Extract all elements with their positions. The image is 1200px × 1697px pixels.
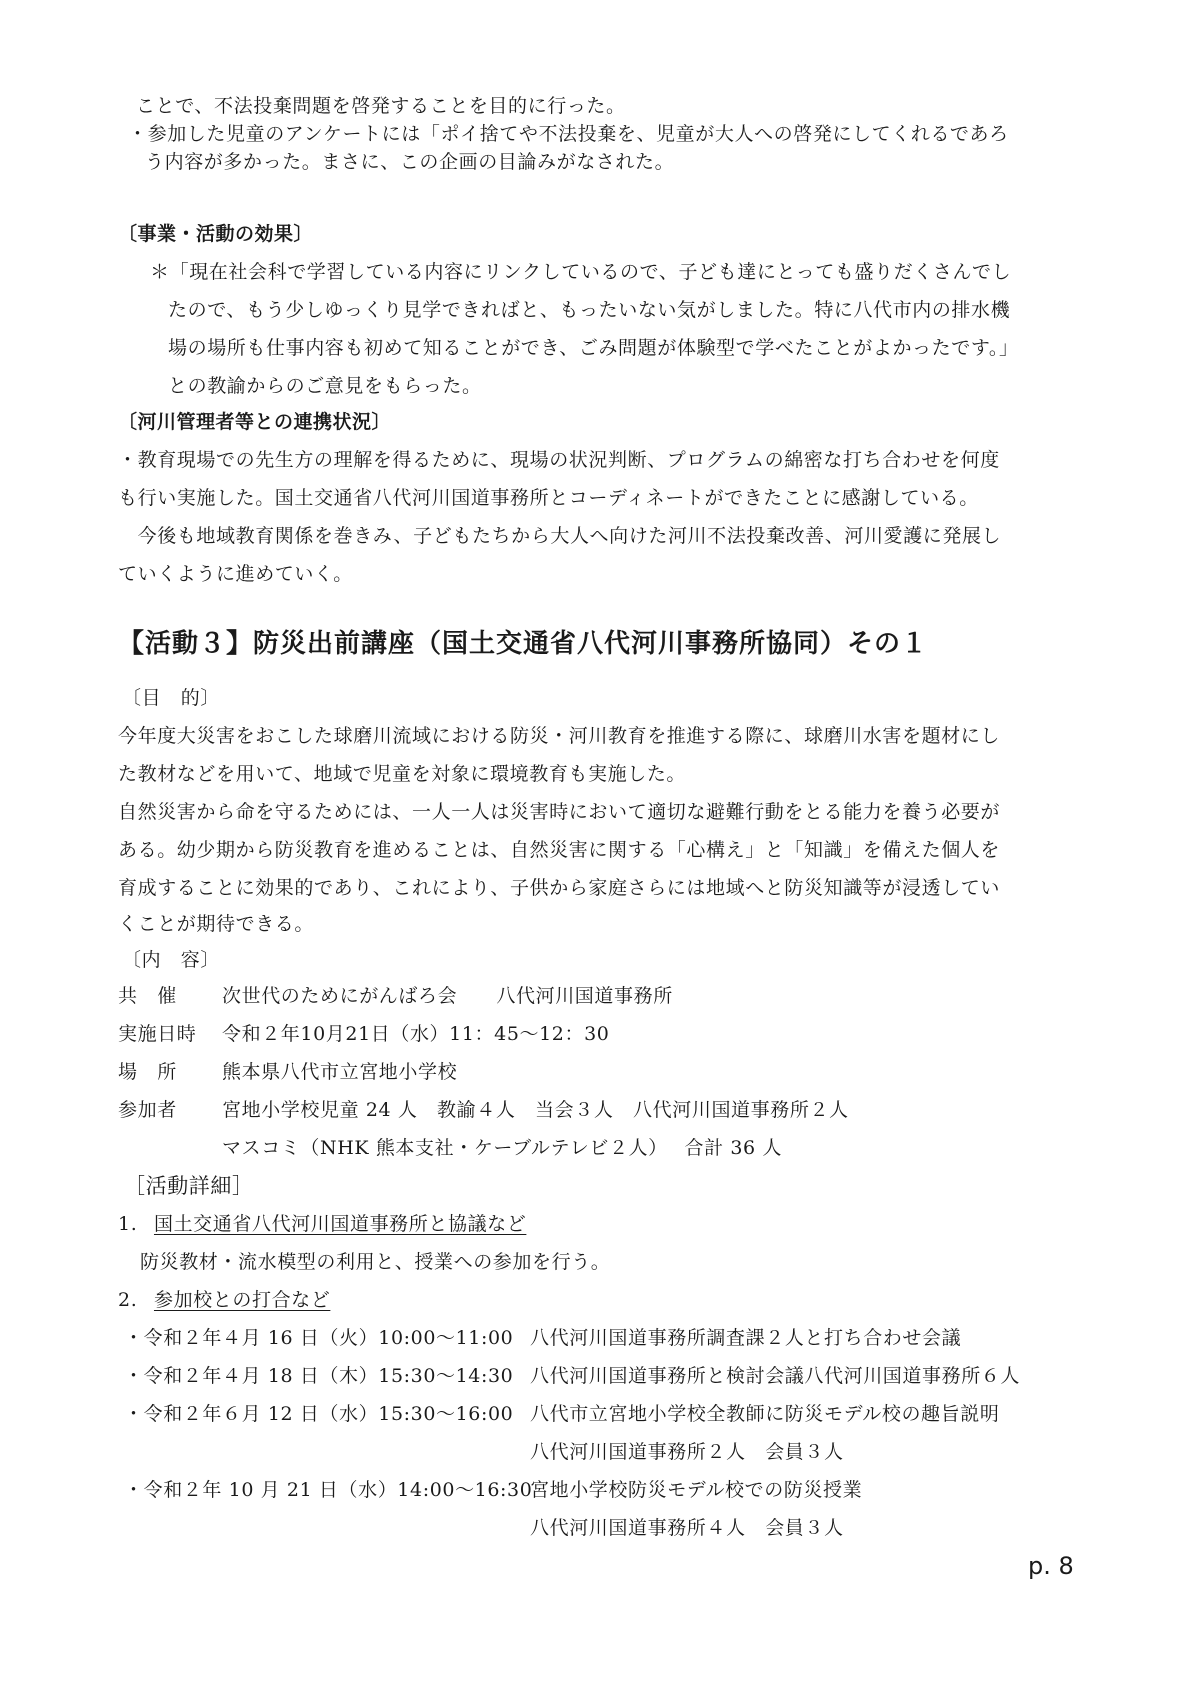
date-value: 令和２年10月21日（水）11：45～12：30 <box>222 1023 609 1045</box>
participants-row: 参加者宮地小学校児童 24 人 教諭４人 当会３人 八代河川国道事務所２人 <box>118 1098 849 1122</box>
cohost-value: 次世代のためにがんばろ会 八代河川国道事務所 <box>222 985 673 1007</box>
meeting-attendees: 八代河川国道事務所４人 会員３人 <box>530 1516 844 1540</box>
place-value: 熊本県八代市立宮地小学校 <box>222 1061 457 1083</box>
survey-bullet-continuation: う内容が多かった。まさに、この企画の目論みがなされた。 <box>145 150 674 174</box>
details-heading: ［活動詳細］ <box>124 1174 254 1198</box>
participants-continuation: マスコミ（NHK 熊本支社・ケーブルテレビ２人） 合計 36 人 <box>222 1136 782 1160</box>
cohost-label: 共 催 <box>118 984 222 1008</box>
date-row: 実施日時令和２年10月21日（水）11：45～12：30 <box>118 1022 609 1046</box>
purpose-line: 自然災害から命を守るためには、一人一人は災害時において適切な避難行動をとる能力を… <box>118 800 1000 824</box>
detail-item-title: 参加校との打合など <box>154 1289 330 1311</box>
place-row: 場 所熊本県八代市立宮地小学校 <box>118 1060 457 1084</box>
cohost-row: 共 催次世代のためにがんばろ会 八代河川国道事務所 <box>118 984 673 1008</box>
detail-item-number: 1. <box>118 1213 137 1235</box>
effects-quote-line: たので、もう少しゆっくり見学できればと、もったいない気がしました。特に八代市内の… <box>168 298 1010 322</box>
participants-value: 宮地小学校児童 24 人 教諭４人 当会３人 八代河川国道事務所２人 <box>222 1099 849 1121</box>
participants-label: 参加者 <box>118 1098 222 1122</box>
cooperation-line: 今後も地域教育関係を巻きみ、子どもたちから大人へ向けた河川不法投棄改善、河川愛護… <box>118 524 1001 548</box>
meeting-date: ・令和２年４月 18 日（木）15:30～14:30 <box>124 1364 530 1388</box>
cooperation-line: も行い実施した。国土交通省八代河川国道事務所とコーディネートができたことに感謝し… <box>118 486 979 510</box>
purpose-line: ある。幼少期から防災教育を進めることは、自然災害に関する「心構え」と「知識」を備… <box>118 838 1000 862</box>
content-heading: 〔内 容〕 <box>122 948 220 972</box>
meeting-desc: 八代河川国道事務所調査課２人と打ち合わせ会議 <box>530 1327 961 1349</box>
detail-item-1: 1. 国土交通省八代河川国道事務所と協議など <box>118 1212 526 1236</box>
effects-quote-line: ＊「現在社会科で学習している内容にリンクしているので、子ども達にとっても盛りだく… <box>150 260 1011 284</box>
meeting-row: ・令和２年 10 月 21 日（水）14:00～16:30宮地小学校防災モデル校… <box>124 1478 862 1502</box>
meeting-desc: 宮地小学校防災モデル校での防災授業 <box>530 1479 862 1501</box>
meeting-row: ・令和２年４月 16 日（火）10:00～11:00八代河川国道事務所調査課２人… <box>124 1326 961 1350</box>
purpose-heading: 〔目 的〕 <box>122 686 220 710</box>
purpose-line: 育成することに効果的であり、これにより、子供から家庭さらには地域へと防災知識等が… <box>118 876 1000 900</box>
activity3-title: 【活動３】防災出前講座（国土交通省八代河川事務所協同）その１ <box>118 628 928 660</box>
page-number: p. 8 <box>1028 1552 1074 1580</box>
meeting-date: ・令和２年４月 16 日（火）10:00～11:00 <box>124 1326 530 1350</box>
detail-item-number: 2. <box>118 1289 137 1311</box>
purpose-line: くことが期待できる。 <box>118 912 314 936</box>
cooperation-line: ・教育現場での先生方の理解を得るために、現場の状況判断、プログラムの綿密な打ち合… <box>118 448 1000 472</box>
purpose-line: た教材などを用いて、地域で児童を対象に環境教育も実施した。 <box>118 762 686 786</box>
place-label: 場 所 <box>118 1060 222 1084</box>
purpose-line: 今年度大災害をおこした球磨川流域における防災・河川教育を推進する際に、球磨川水害… <box>118 724 1000 748</box>
intro-line: ことで、不法投棄問題を啓発することを目的に行った。 <box>136 94 626 118</box>
meeting-desc: 八代市立宮地小学校全教師に防災モデル校の趣旨説明 <box>530 1403 999 1425</box>
meeting-row: ・令和２年６月 12 日（水）15:30～16:00八代市立宮地小学校全教師に防… <box>124 1402 999 1426</box>
meeting-attendees: 八代河川国道事務所２人 会員３人 <box>530 1440 844 1464</box>
detail-item-1-text: 防災教材・流水模型の利用と、授業への参加を行う。 <box>140 1250 610 1274</box>
meeting-desc: 八代河川国道事務所と検討会議八代河川国道事務所６人 <box>530 1365 1020 1387</box>
date-label: 実施日時 <box>118 1022 222 1046</box>
effects-heading: 〔事業・活動の効果〕 <box>118 222 313 246</box>
detail-item-2: 2. 参加校との打合など <box>118 1288 330 1312</box>
survey-bullet-line: ・参加した児童のアンケートには「ポイ捨てや不法投棄を、児童が大人への啓発にしてく… <box>128 122 1009 146</box>
cooperation-heading: 〔河川管理者等との連携状況〕 <box>118 410 391 434</box>
effects-quote-line: 場の場所も仕事内容も初めて知ることができ、ごみ問題が体験型で学べたことがよかった… <box>168 336 1019 360</box>
cooperation-line: ていくように進めていく。 <box>118 562 353 586</box>
detail-item-title: 国土交通省八代河川国道事務所と協議など <box>154 1213 526 1235</box>
effects-quote-line: との教諭からのご意見をもらった。 <box>168 374 482 398</box>
meeting-date: ・令和２年 10 月 21 日（水）14:00～16:30 <box>124 1478 530 1502</box>
meeting-row: ・令和２年４月 18 日（木）15:30～14:30八代河川国道事務所と検討会議… <box>124 1364 1020 1388</box>
meeting-date: ・令和２年６月 12 日（水）15:30～16:00 <box>124 1402 530 1426</box>
